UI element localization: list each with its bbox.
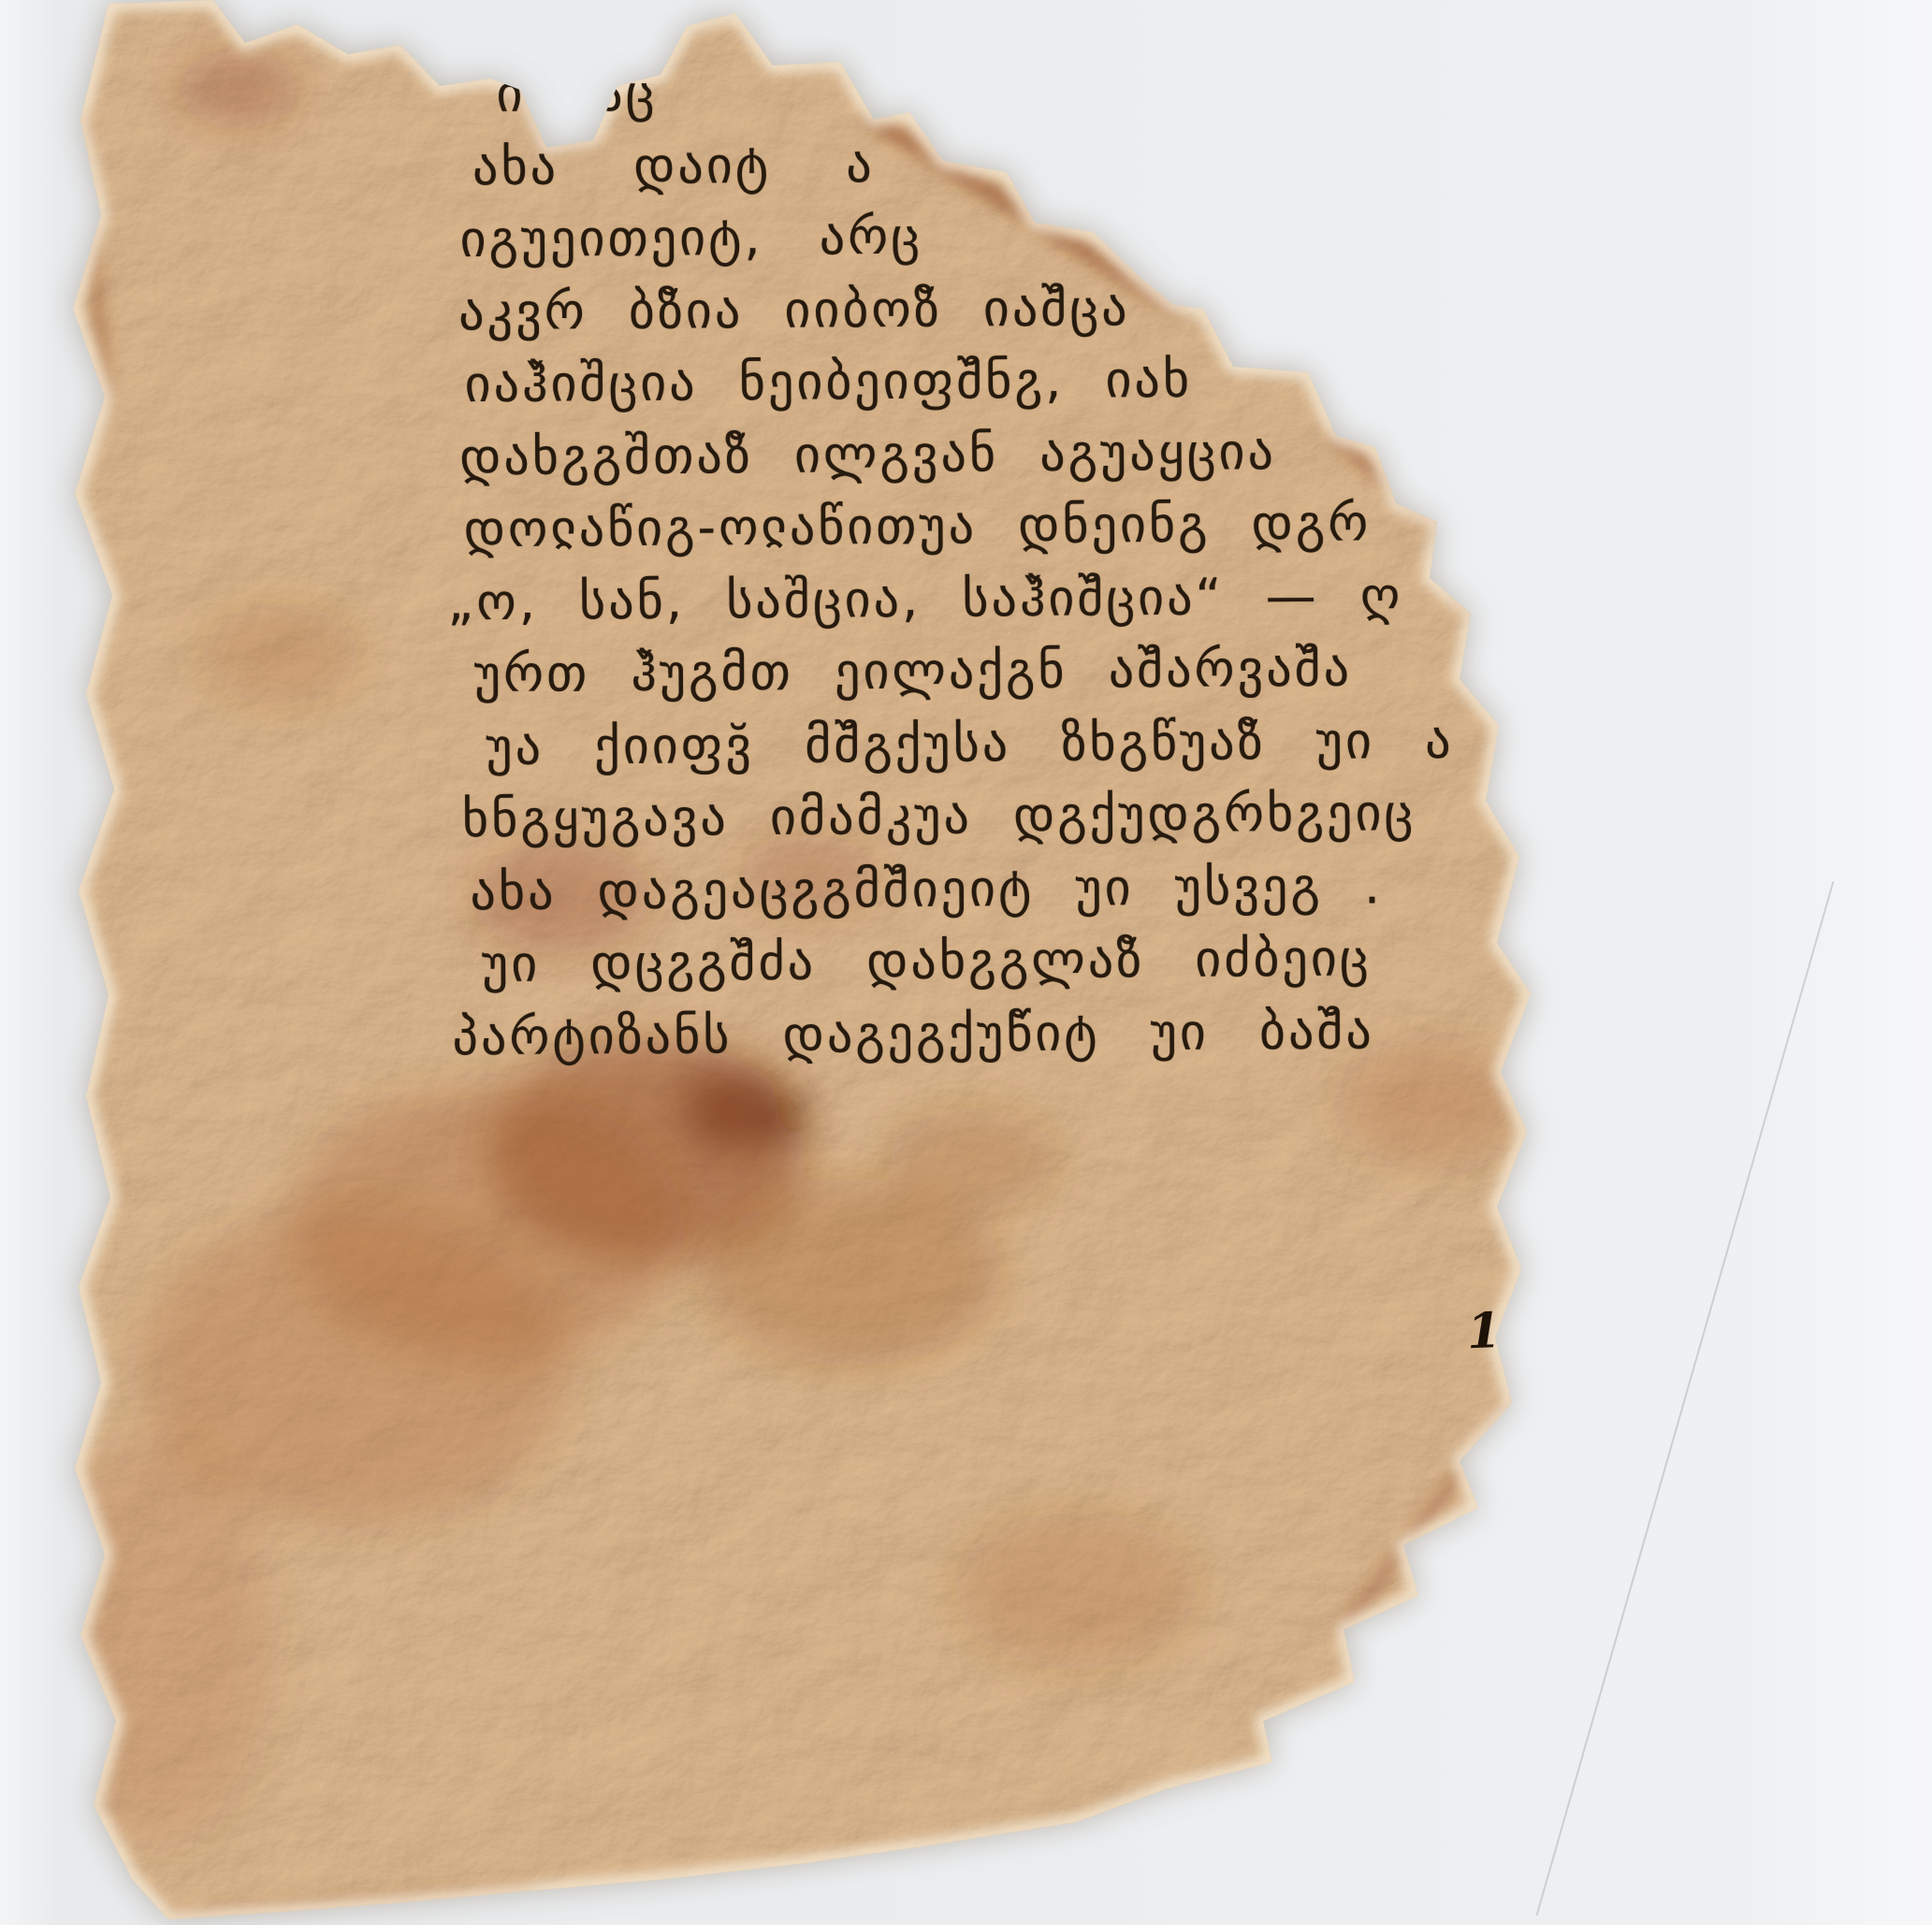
text-line: „ო, სან, საშცია, საჰ̌იშ̆ცია“ — ღ — [447, 557, 1584, 638]
text-line: უი დცჷგშ̆ძა დახჷგლაზ̆ იძბეიც — [482, 920, 1587, 1001]
text-line: ხნგყუგავა იმამკუა დგქუდგრხჷეიც — [462, 775, 1586, 856]
text-line: ახა დაიტ ა — [472, 123, 1581, 203]
text-line: დახჷგშთაზ̆ ილგვან აგუაყცია — [459, 412, 1583, 493]
text-line: იაჰ̌იშცია ნეიბეიფშ̆ნჷ, იახ — [464, 340, 1582, 421]
text-line: უა ქიიფვ̆ მშ̆გქუსა ზხგწუაზ̆ უი ა — [486, 702, 1585, 783]
scanner-background: ითააც ახა დაიტ ა იგუეითეიტ, არც აკვრ ბზ̆… — [0, 0, 1932, 1925]
page-number: 15 — [1466, 1301, 1535, 1360]
text-line: ახა დაგეაცჷგმშ̆იეიტ უი უსვეგ . — [470, 847, 1586, 928]
text-line: დოჺაწიგ-ოჺაწითუა დნეინგ დგრ — [463, 485, 1583, 566]
paper-fragment-wrap: ითააც ახა დაიტ ა იგუეითეიტ, არც აკვრ ბზ̆… — [0, 0, 1932, 1925]
text-line: ურთ ჰ̌უგმთ ეილაქგნ აშ̆არვაშ̆ა — [474, 630, 1585, 711]
text-line: პარტიზანს დაგეგქუწ̆იტ უი ბაშ̆ა — [452, 992, 1587, 1073]
paper-fragment: ითააც ახა დაიტ ა იგუეითეიტ, არც აკვრ ბზ̆… — [0, 0, 1932, 1925]
text-line: ითააც — [496, 51, 1580, 131]
text-line: აკვრ ბზ̆ია იიბოზ̆ იაშ̆ცა — [458, 268, 1582, 348]
printed-text-block: ითააც ახა დაიტ ა იგუეითეიტ, არც აკვრ ბზ̆… — [457, 51, 1587, 1073]
text-line: იგუეითეიტ, არც — [459, 195, 1581, 276]
